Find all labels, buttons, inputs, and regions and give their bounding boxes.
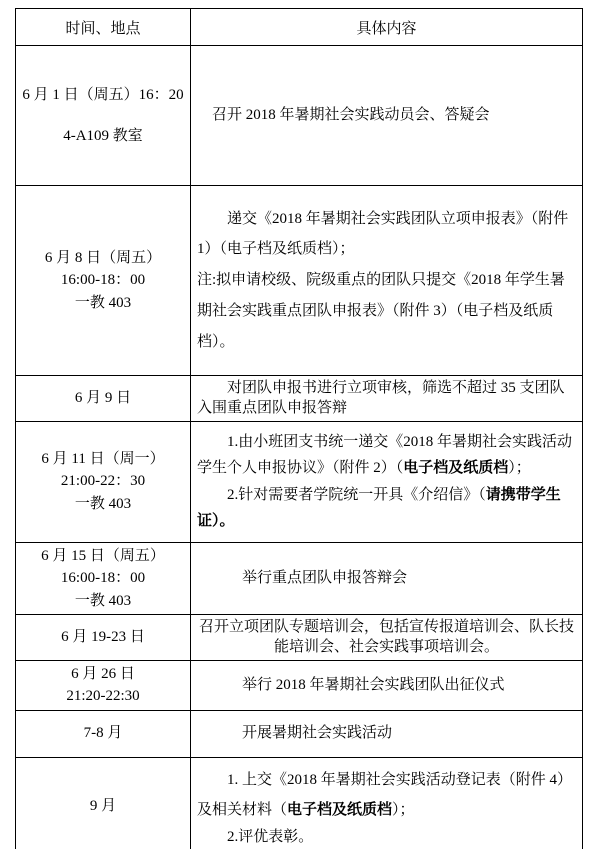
- time-line: 6 月 15 日（周五）: [22, 545, 184, 568]
- time-line: 9 月: [22, 795, 184, 818]
- header-content: 具体内容: [191, 9, 583, 46]
- time-line: 6 月 1 日（周五）16：20: [22, 84, 184, 107]
- table-row: 6 月 8 日（周五） 16:00-18：00 一教 403 递交《2018 年…: [16, 186, 583, 376]
- content-cell: 递交《2018 年暑期社会实践团队立项申报表》（附件 1）（电子档及纸质档）； …: [191, 186, 583, 376]
- text-segment: 开展暑期社会实践活动: [242, 725, 392, 741]
- time-cell: 6 月 1 日（周五）16：20 4-A109 教室: [16, 46, 191, 186]
- text-segment: ）；: [508, 460, 531, 476]
- text-segment: 2.针对需要者学院统一开具《介绍信》（: [227, 487, 486, 503]
- table-row: 6 月 9 日 对团队申报书进行立项审核，筛选不超过 35 支团队入围重点团队申…: [16, 376, 583, 422]
- content-cell: 1.由小班团支书统一递交《2018 年暑期社会实践活动学生个人申报协议》（附件 …: [191, 421, 583, 542]
- schedule-table: 时间、地点 具体内容 6 月 1 日（周五）16：20 4-A109 教室 召开…: [15, 8, 583, 849]
- content-paragraph: 召开立项团队专题培训会，包括宣传报道培训会、队长技能培训会、社会实践事项培训会。: [197, 617, 576, 658]
- content-paragraph: 1. 上交《2018 年暑期社会实践活动登记表（附件 4）及相关材料（电子档及纸…: [197, 765, 576, 827]
- content-paragraph: 2.评优表彰。: [197, 826, 576, 849]
- table-row: 9 月 1. 上交《2018 年暑期社会实践活动登记表（附件 4）及相关材料（电…: [16, 757, 583, 849]
- time-line: 6 月 26 日: [22, 663, 184, 686]
- content-paragraph: 举行重点团队申报答辩会: [197, 567, 576, 590]
- time-cell: 7-8 月: [16, 710, 191, 757]
- time-line: 16:00-18：00: [22, 567, 184, 590]
- table-row: 6 月 11 日（周一） 21:00-22：30 一教 403 1.由小班团支书…: [16, 421, 583, 542]
- content-cell: 1. 上交《2018 年暑期社会实践活动登记表（附件 4）及相关材料（电子档及纸…: [191, 757, 583, 849]
- content-cell: 开展暑期社会实践活动: [191, 710, 583, 757]
- time-line: 一教 403: [22, 292, 184, 315]
- text-segment: 召开 2018 年暑期社会实践动员会、答疑会: [212, 107, 490, 123]
- content-paragraph: 1.由小班团支书统一递交《2018 年暑期社会实践活动学生个人申报协议》（附件 …: [197, 429, 576, 482]
- content-paragraph: 开展暑期社会实践活动: [197, 722, 576, 745]
- bold-text-segment: 电子档及纸质档: [287, 802, 392, 818]
- document-page: 时间、地点 具体内容 6 月 1 日（周五）16：20 4-A109 教室 召开…: [0, 0, 598, 849]
- content-cell: 召开 2018 年暑期社会实践动员会、答疑会: [191, 46, 583, 186]
- table-row: 6 月 19-23 日 召开立项团队专题培训会，包括宣传报道培训会、队长技能培训…: [16, 615, 583, 661]
- time-cell: 6 月 8 日（周五） 16:00-18：00 一教 403: [16, 186, 191, 376]
- text-segment: 对团队申报书进行立项审核，筛选不超过 35 支团队入围重点团队申报答辩: [197, 380, 565, 416]
- time-line: 6 月 11 日（周一）: [22, 448, 184, 471]
- text-segment: 2.评优表彰。: [227, 829, 313, 845]
- content-cell: 召开立项团队专题培训会，包括宣传报道培训会、队长技能培训会、社会实践事项培训会。: [191, 615, 583, 661]
- time-line: 一教 403: [22, 493, 184, 516]
- time-line: 6 月 19-23 日: [22, 626, 184, 649]
- table-row: 6 月 15 日（周五） 16:00-18：00 一教 403 举行重点团队申报…: [16, 542, 583, 615]
- header-row: 时间、地点 具体内容: [16, 9, 583, 46]
- time-cell: 9 月: [16, 757, 191, 849]
- header-time-location: 时间、地点: [16, 9, 191, 46]
- time-line: 21:00-22：30: [22, 470, 184, 493]
- text-segment: 注:拟申请校级、院级重点的团队只提交《2018 年学生暑期社会实践重点团队申报表…: [197, 272, 565, 350]
- content-paragraph: 召开 2018 年暑期社会实践动员会、答疑会: [197, 104, 576, 127]
- text-segment: ）；: [392, 802, 415, 818]
- text-segment: 举行 2018 年暑期社会实践团队出征仪式: [242, 677, 505, 693]
- table-row: 6 月 1 日（周五）16：20 4-A109 教室 召开 2018 年暑期社会…: [16, 46, 583, 186]
- time-line: 21:20-22:30: [22, 685, 184, 708]
- time-line: 6 月 9 日: [22, 387, 184, 410]
- time-cell: 6 月 11 日（周一） 21:00-22：30 一教 403: [16, 421, 191, 542]
- time-line: 16:00-18：00: [22, 269, 184, 292]
- table-row: 7-8 月 开展暑期社会实践活动: [16, 710, 583, 757]
- time-cell: 6 月 26 日 21:20-22:30: [16, 660, 191, 710]
- content-paragraph: 递交《2018 年暑期社会实践团队立项申报表》（附件 1）（电子档及纸质档）；: [197, 204, 576, 266]
- time-cell: 6 月 9 日: [16, 376, 191, 422]
- table-row: 6 月 26 日 21:20-22:30 举行 2018 年暑期社会实践团队出征…: [16, 660, 583, 710]
- content-cell: 举行重点团队申报答辩会: [191, 542, 583, 615]
- bold-text-segment: 电子档及纸质档: [403, 460, 508, 476]
- text-segment: 递交《2018 年暑期社会实践团队立项申报表》（附件 1）（电子档及纸质档）；: [197, 211, 568, 258]
- time-cell: 6 月 15 日（周五） 16:00-18：00 一教 403: [16, 542, 191, 615]
- text-segment: 举行重点团队申报答辩会: [242, 570, 407, 586]
- content-paragraph: 2.针对需要者学院统一开具《介绍信》（请携带学生证）。: [197, 482, 576, 535]
- content-paragraph: 对团队申报书进行立项审核，筛选不超过 35 支团队入围重点团队申报答辩: [197, 378, 576, 419]
- time-line: 一教 403: [22, 590, 184, 613]
- time-line: 7-8 月: [22, 722, 184, 745]
- text-segment: 召开立项团队专题培训会，包括宣传报道培训会、队长技能培训会、社会实践事项培训会。: [199, 619, 574, 655]
- time-line: 6 月 8 日（周五）: [22, 247, 184, 270]
- content-paragraph: 注:拟申请校级、院级重点的团队只提交《2018 年学生暑期社会实践重点团队申报表…: [197, 265, 576, 357]
- time-cell: 6 月 19-23 日: [16, 615, 191, 661]
- time-line: 4-A109 教室: [22, 125, 184, 148]
- content-cell: 举行 2018 年暑期社会实践团队出征仪式: [191, 660, 583, 710]
- content-cell: 对团队申报书进行立项审核，筛选不超过 35 支团队入围重点团队申报答辩: [191, 376, 583, 422]
- content-paragraph: 举行 2018 年暑期社会实践团队出征仪式: [197, 674, 576, 697]
